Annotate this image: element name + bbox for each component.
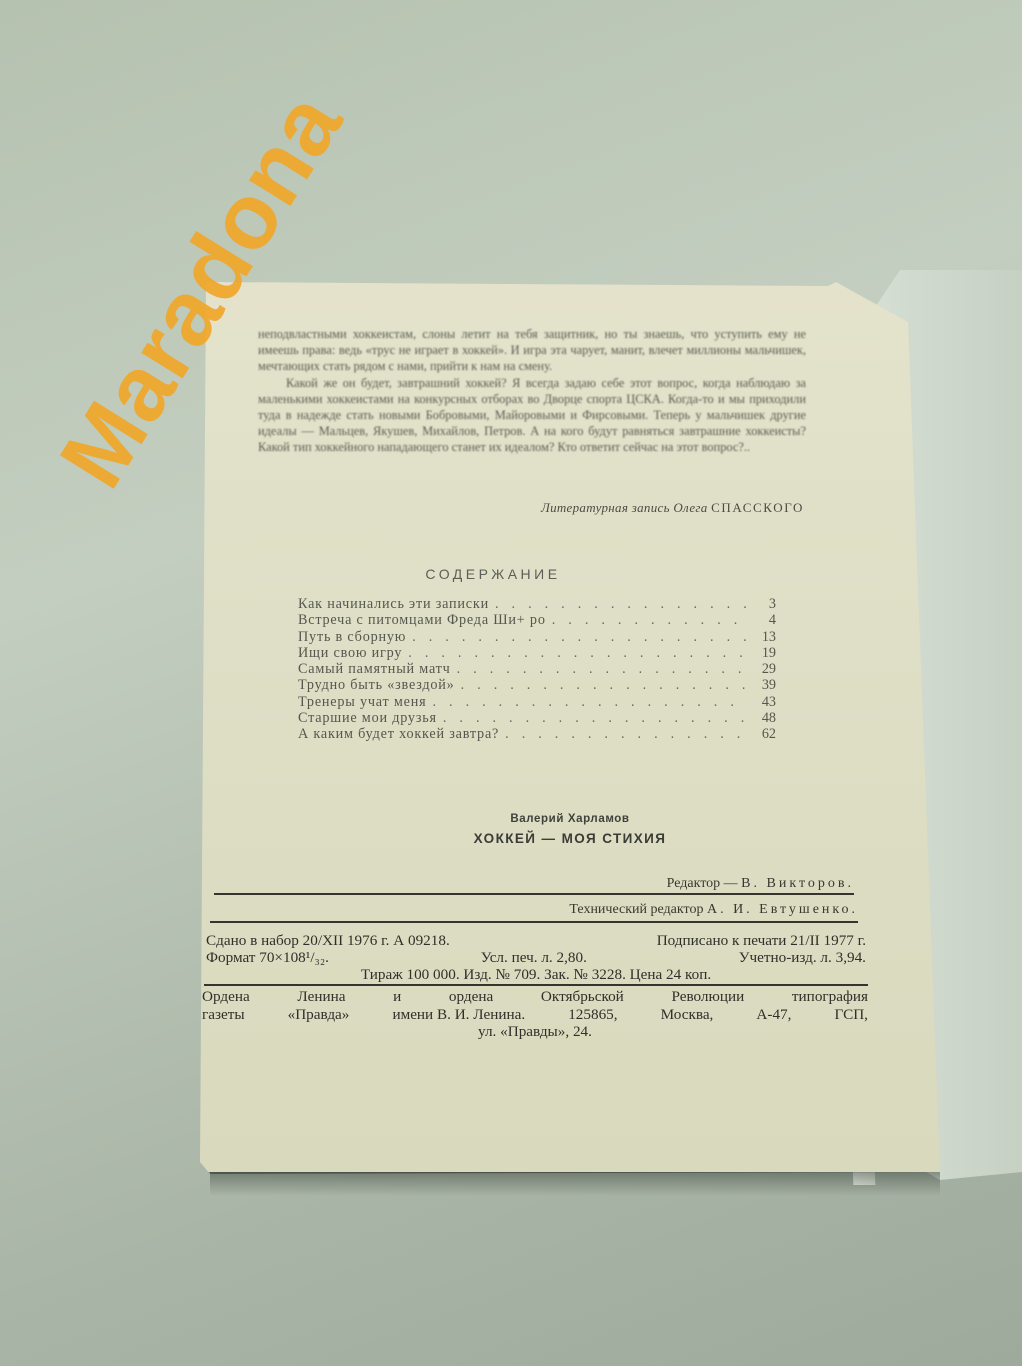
printer-word: ордена xyxy=(449,988,493,1006)
toc-entry-title: Самый памятный матч xyxy=(298,661,451,677)
literary-credit-prefix: Литературная запись Олега xyxy=(541,500,708,515)
tech-editor-name: А. И. Евтушенко. xyxy=(707,902,858,917)
intro-text: неподвластными хоккеистам, слоны летит н… xyxy=(258,326,806,456)
printer-word: Революции xyxy=(671,988,744,1006)
toc-leader-dots: ........................................ xyxy=(461,677,746,693)
printer-word: Октябрьской xyxy=(541,988,624,1006)
table-of-contents: Как начинались эти записки..............… xyxy=(298,596,776,743)
toc-leader-dots: ........................................ xyxy=(443,710,746,726)
toc-entry: Самый памятный матч.....................… xyxy=(298,661,776,677)
literary-credit-name: СПАССКОГО xyxy=(711,500,804,515)
toc-entry: Трудно быть «звездой»...................… xyxy=(298,677,776,693)
printer-word: имени В. И. Ленина. xyxy=(392,1006,525,1024)
toc-entry: Ищи свою игру...........................… xyxy=(298,645,776,661)
toc-entry: Тренеры учат меня.......................… xyxy=(298,694,776,710)
toc-entry-title: А каким будет хоккей завтра? xyxy=(298,726,499,742)
intro-paragraph: Какой же он будет, завтрашний хоккей? Я … xyxy=(258,375,806,456)
imprint-signed: Подписано к печати 21/II 1977 г. xyxy=(657,932,866,949)
toc-entry-title: Старшие мои друзья xyxy=(298,710,437,726)
printer-block: ОрденаЛенинаиорденаОктябрьскойРеволюциит… xyxy=(202,988,868,1041)
toc-entry-title: Путь в сборную xyxy=(298,629,406,645)
imprint-typeset: Сдано в набор 20/XII 1976 г. А 09218. xyxy=(206,932,450,949)
printer-word: ГСП, xyxy=(835,1006,868,1024)
imprint-format: Формат 70×108¹/₃₂. xyxy=(206,949,329,966)
toc-heading: СОДЕРЖАНИЕ xyxy=(258,566,728,582)
toc-leader-dots: ........................................ xyxy=(457,661,746,677)
tech-editor-credit: Технический редактор А. И. Евтушенко. xyxy=(569,902,858,918)
printer-word: типография xyxy=(792,988,868,1006)
printer-word: и xyxy=(393,988,401,1006)
editor-name: В. Викторов. xyxy=(741,876,854,891)
divider xyxy=(204,984,868,986)
book-author: Валерий Харламов xyxy=(200,813,940,825)
toc-entry-page: 13 xyxy=(752,629,776,645)
toc-leader-dots: ........................................ xyxy=(505,726,746,742)
divider xyxy=(214,893,854,895)
printer-word: 125865, xyxy=(568,1006,617,1024)
toc-leader-dots: ........................................ xyxy=(412,629,746,645)
editor-credit: Редактор — В. Викторов. xyxy=(667,876,854,892)
printer-word: газеты xyxy=(202,1006,245,1024)
toc-entry-page: 19 xyxy=(752,645,776,661)
printer-word: Москва, xyxy=(661,1006,714,1024)
imprint-block: Сдано в набор 20/XII 1976 г. А 09218. По… xyxy=(206,932,866,983)
printer-word: Ленина xyxy=(297,988,345,1006)
printer-word: А-47, xyxy=(756,1006,791,1024)
toc-entry: Как начинались эти записки..............… xyxy=(298,596,776,612)
toc-entry-page: 39 xyxy=(752,677,776,693)
printer-word: Ордена xyxy=(202,988,250,1006)
toc-entry-title: Ищи свою игру xyxy=(298,645,402,661)
toc-entry: Встреча с питомцами Фреда Ши+ ро........… xyxy=(298,612,776,628)
toc-entry-title: Как начинались эти записки xyxy=(298,596,489,612)
toc-entry-page: 62 xyxy=(752,726,776,742)
imprint-print-run: Тираж 100 000. Изд. № 709. Зак. № 3228. … xyxy=(361,966,711,983)
toc-entry: Путь в сборную..........................… xyxy=(298,629,776,645)
toc-entry-title: Трудно быть «звездой» xyxy=(298,677,455,693)
printer-address: ул. «Правды», 24. xyxy=(478,1023,592,1041)
toc-leader-dots: ........................................ xyxy=(408,645,746,661)
literary-credit: Литературная запись Олега СПАССКОГО xyxy=(258,500,804,516)
editor-label: Редактор — xyxy=(667,876,738,891)
toc-entry-page: 4 xyxy=(752,612,776,628)
page-shadow xyxy=(210,1172,940,1196)
book-title: ХОККЕЙ — МОЯ СТИХИЯ xyxy=(200,831,940,846)
toc-leader-dots: ........................................ xyxy=(552,612,746,628)
printer-word: «Правда» xyxy=(288,1006,350,1024)
toc-leader-dots: ........................................ xyxy=(495,596,746,612)
imprint-pub-sheets: Учетно-изд. л. 3,94. xyxy=(739,949,866,966)
toc-entry-title: Встреча с питомцами Фреда Ши+ ро xyxy=(298,612,546,628)
divider xyxy=(210,921,858,923)
toc-entry-page: 48 xyxy=(752,710,776,726)
tech-editor-label: Технический редактор xyxy=(569,902,703,917)
toc-entry-page: 29 xyxy=(752,661,776,677)
intro-paragraph: неподвластными хоккеистам, слоны летит н… xyxy=(258,326,806,375)
toc-entry: А каким будет хоккей завтра?............… xyxy=(298,726,776,742)
toc-entry-title: Тренеры учат меня xyxy=(298,694,426,710)
toc-entry-page: 3 xyxy=(752,596,776,612)
toc-entry: Старшие мои друзья......................… xyxy=(298,710,776,726)
imprint-print-sheets: Усл. печ. л. 2,80. xyxy=(481,949,587,966)
toc-entry-page: 43 xyxy=(752,694,776,710)
toc-leader-dots: ........................................ xyxy=(432,694,746,710)
